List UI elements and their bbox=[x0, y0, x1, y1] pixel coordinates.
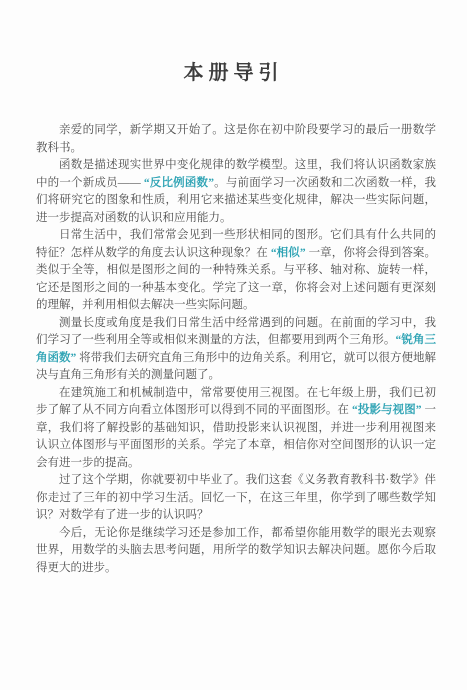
paragraph: 今后，无论你是继续学习还是参加工作，都希望你能用数学的眼光去观察世界，用数学的头… bbox=[36, 525, 436, 578]
paragraph: 测量长度或角度是我们日常生活中经常遇到的问题。在前面的学习中，我们学习了一些利用… bbox=[36, 315, 436, 385]
chapter-name-highlight: “反比例函数” bbox=[144, 177, 214, 189]
paragraph-text: 测量长度或角度是我们日常生活中经常遇到的问题。在前面的学习中，我们学习了一些利用… bbox=[36, 317, 436, 347]
body-paragraphs: 亲爱的同学，新学期又开始了。这是你在初中阶段要学习的最后一册数学教科书。函数是描… bbox=[36, 122, 436, 577]
chapter-name-highlight: “相似” bbox=[271, 247, 306, 259]
textbook-page: 本册导引 亲爱的同学，新学期又开始了。这是你在初中阶段要学习的最后一册数学教科书… bbox=[0, 0, 467, 690]
paragraph: 日常生活中，我们常常会见到一些形状相同的图形。它们具有什么共同的特征？怎样从数学… bbox=[36, 227, 436, 315]
paragraph: 过了这个学期，你就要初中毕业了。我们这套《义务教育教科书·数学》伴你走过了三年的… bbox=[36, 472, 436, 525]
paragraph: 函数是描述现实世界中变化规律的数学模型。这里，我们将认识函数家族中的一个新成员—… bbox=[36, 157, 436, 227]
paragraph-text: 今后，无论你是继续学习还是参加工作，都希望你能用数学的眼光去观察世界，用数学的头… bbox=[36, 527, 436, 574]
paragraph: 亲爱的同学，新学期又开始了。这是你在初中阶段要学习的最后一册数学教科书。 bbox=[36, 122, 436, 157]
page-title: 本册导引 bbox=[0, 56, 467, 85]
paragraph: 在建筑施工和机械制造中，常常要使用三视图。在七年级上册，我们已初步了解了从不同方… bbox=[36, 385, 436, 473]
paragraph-text: 将带我们去研究直角三角形中的边角关系。利用它，就可以很方便地解决与直角三角形有关… bbox=[36, 352, 436, 382]
paragraph-text: 过了这个学期，你就要初中毕业了。我们这套《义务教育教科书·数学》伴你走过了三年的… bbox=[36, 474, 436, 521]
paragraph-text: 亲爱的同学，新学期又开始了。这是你在初中阶段要学习的最后一册数学教科书。 bbox=[36, 124, 436, 154]
chapter-name-highlight: “投影与视图” bbox=[352, 404, 422, 416]
